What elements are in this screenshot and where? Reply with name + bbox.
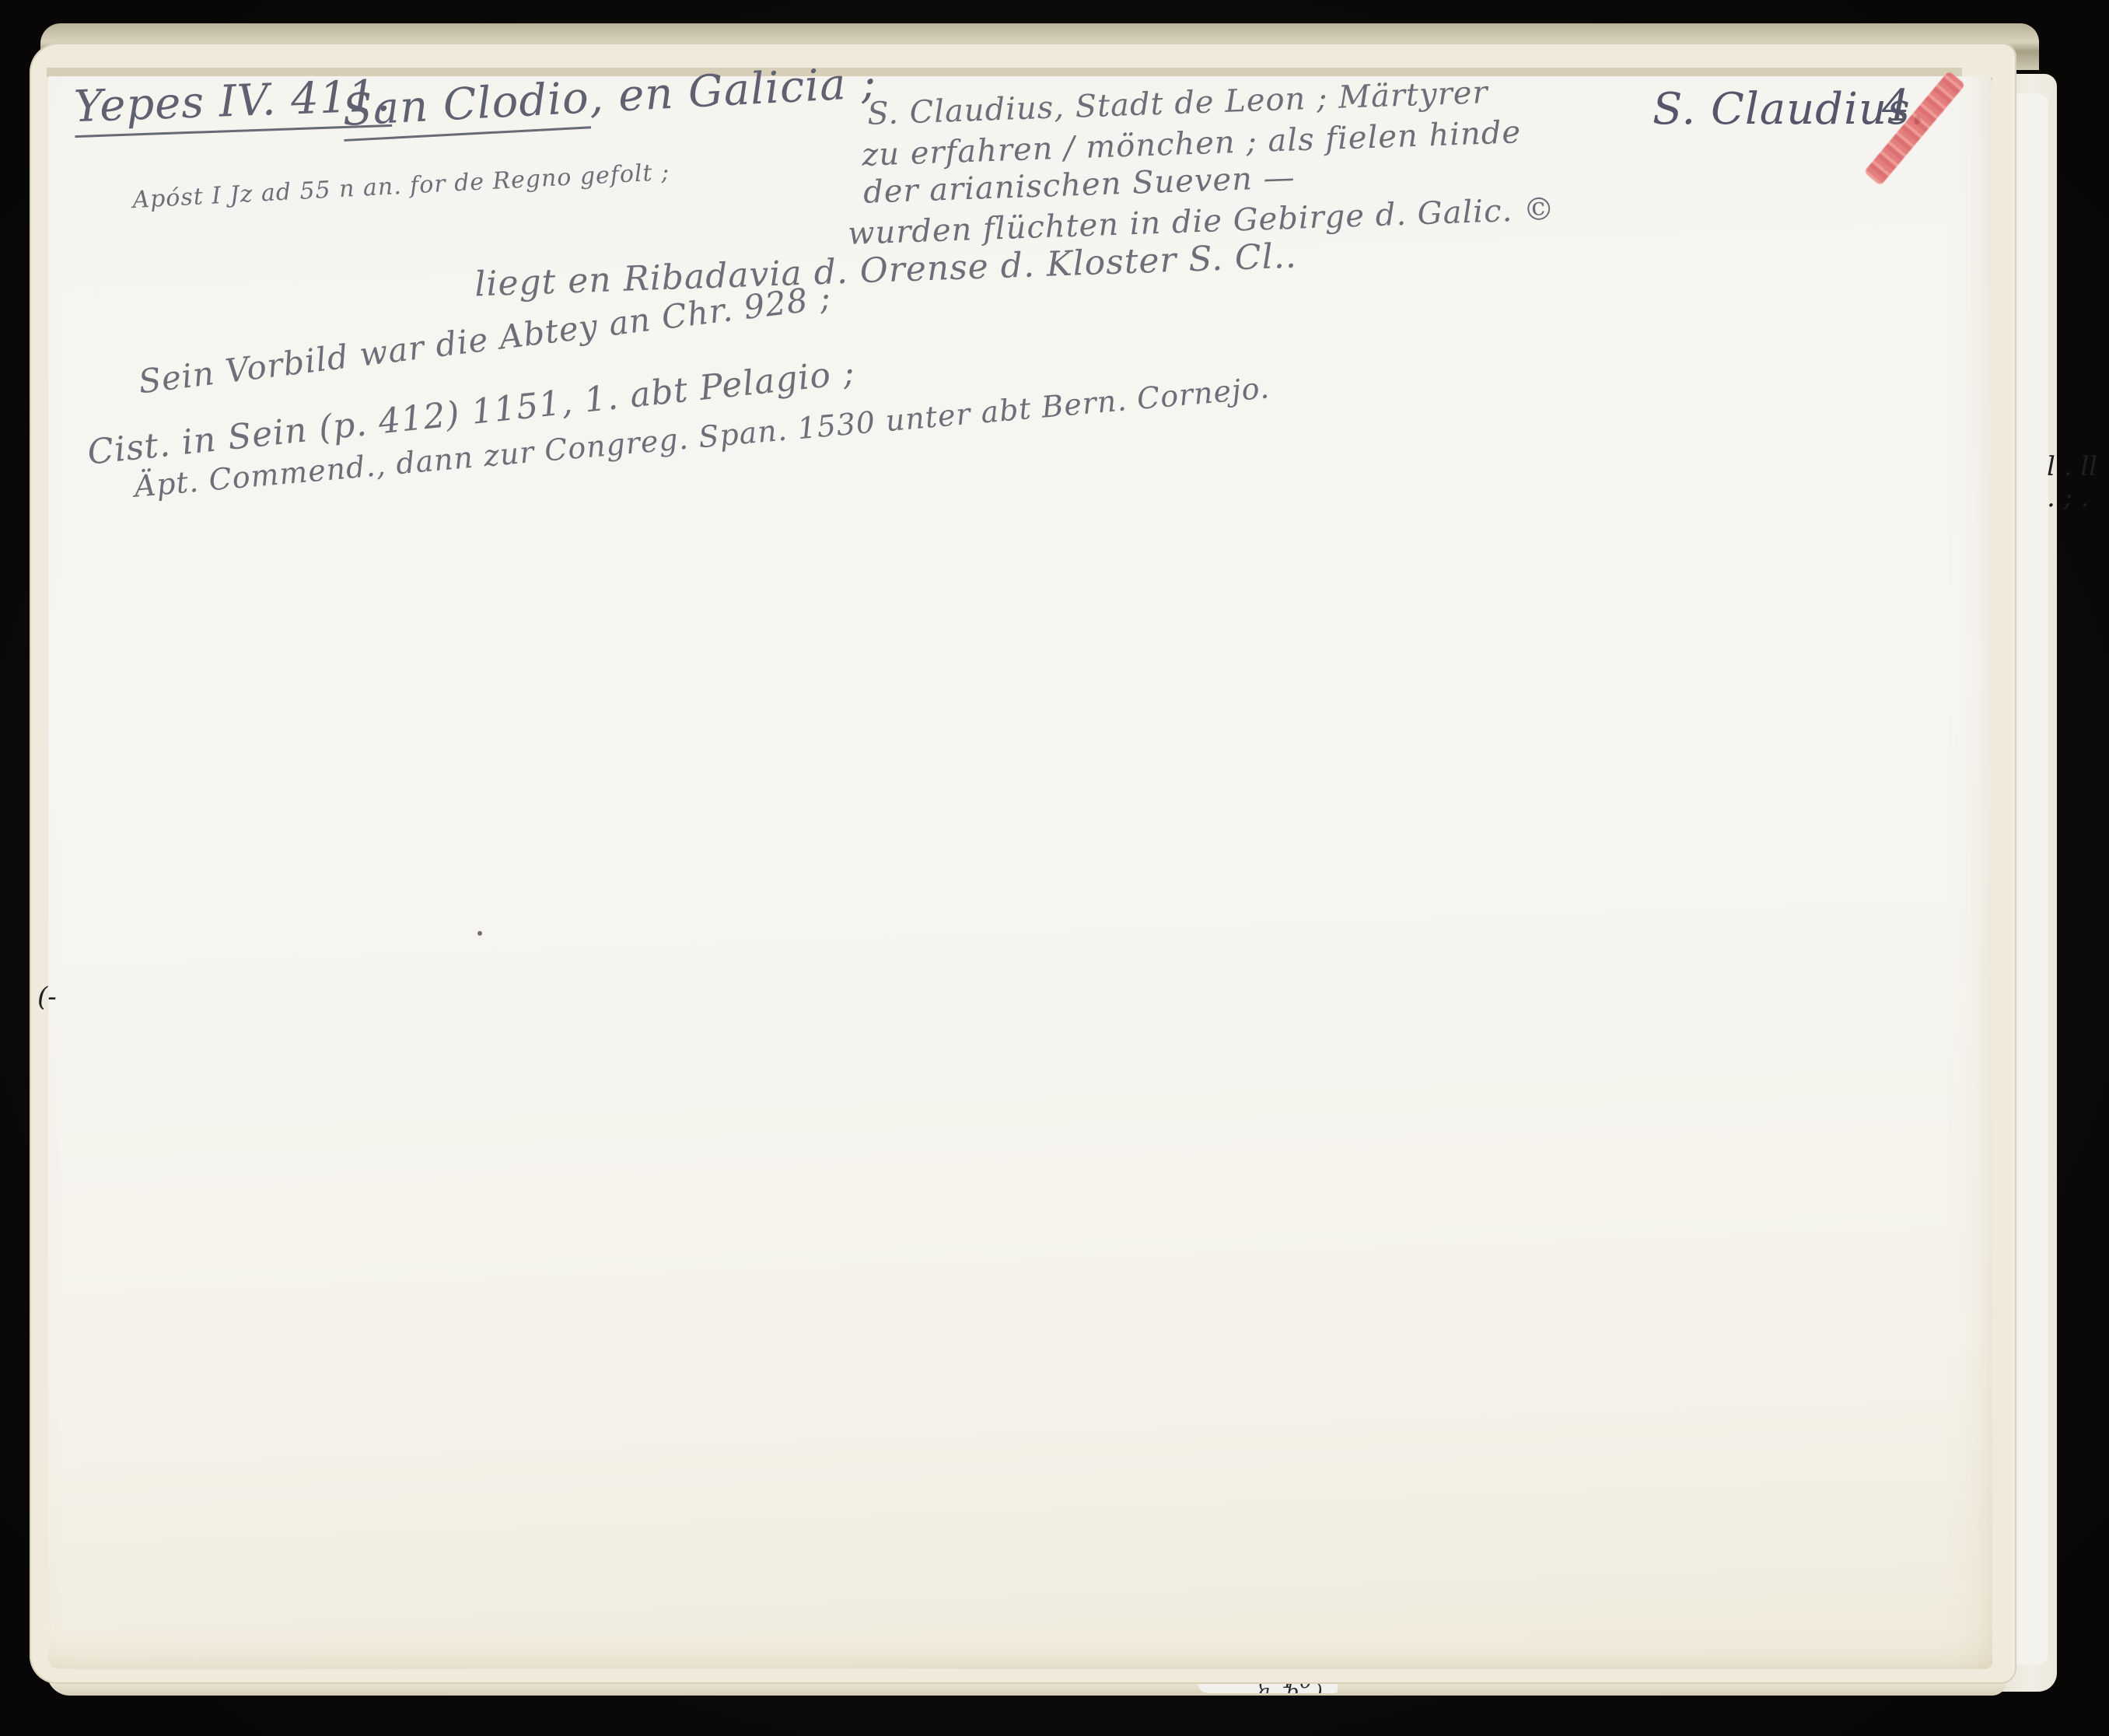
underlying-page-script-right: l . ll . ; . xyxy=(2047,451,2109,513)
manuscript-page xyxy=(48,76,1992,1669)
underlying-page-script-left: (- xyxy=(37,982,57,1013)
paper-speck xyxy=(477,931,482,936)
